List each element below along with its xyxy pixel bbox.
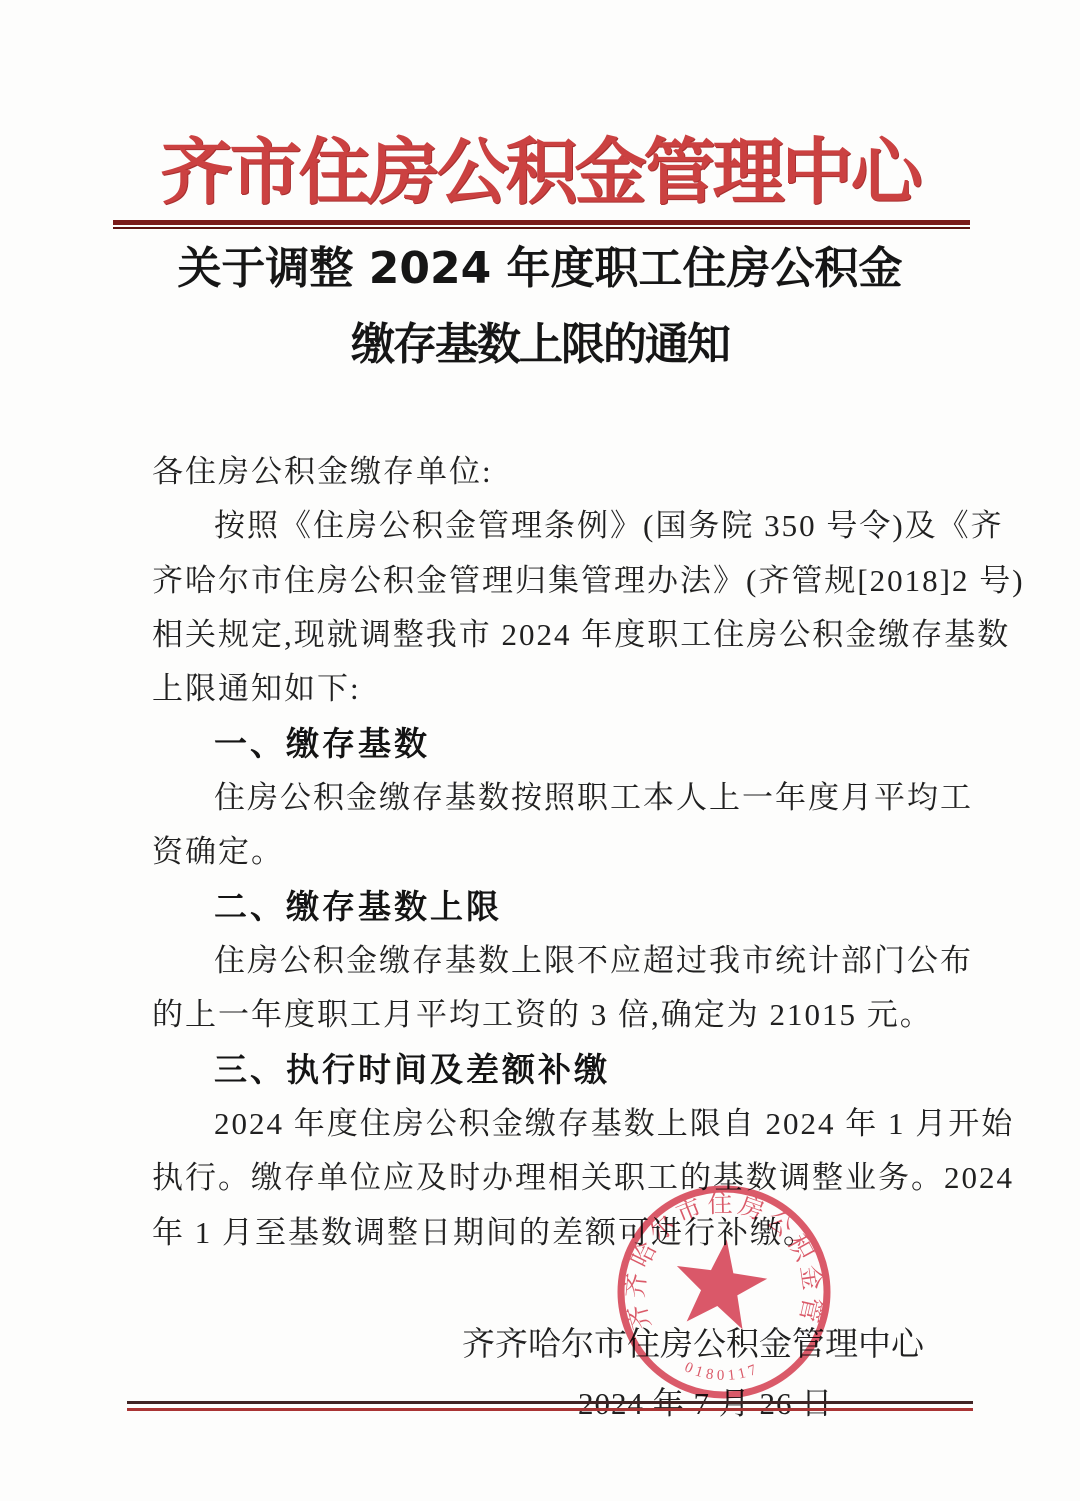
body-line: 齐哈尔市住房公积金管理归集管理办法》(齐管规[2018]2 号)	[152, 561, 972, 605]
body-line: 资确定。	[152, 832, 972, 876]
seal-number: 0180117	[682, 1359, 763, 1384]
scanned-official-notice: 齐市住房公积金管理中心 关于调整 2024 年度职工住房公积金 缴存基数上限的通…	[0, 0, 1080, 1501]
document-title-line2: 缴存基数上限的通知	[0, 308, 1080, 372]
seal-arc-text: 齐齐哈尔市住房公积金管理中心	[604, 1182, 827, 1333]
divider-thick-line	[113, 220, 970, 225]
letterhead-divider	[113, 220, 970, 230]
footer-dark-line	[127, 1401, 973, 1404]
body-line: 上限通知如下:	[152, 669, 972, 713]
seal-number-holder: 0180117	[682, 1359, 763, 1384]
section-heading-2: 二、缴存基数上限	[214, 887, 1034, 931]
body-line: 相关规定,现就调整我市 2024 年度职工住房公积金缴存基数	[152, 615, 972, 659]
section-heading-3: 三、执行时间及差额补缴	[214, 1050, 1034, 1094]
letterhead-title: 齐市住房公积金管理中心	[0, 126, 1080, 218]
footer-divider	[127, 1401, 973, 1413]
red-star-icon	[669, 1233, 771, 1332]
body-line: 年 1 月至基数调整日期间的差额可进行补缴。	[152, 1213, 972, 1257]
seal-arc-text-holder: 齐齐哈尔市住房公积金管理中心	[604, 1182, 827, 1333]
salutation-line: 各住房公积金缴存单位:	[152, 452, 972, 496]
body-line: 执行。缴存单位应及时办理相关职工的基数调整业务。2024	[152, 1158, 972, 1202]
official-seal-stamp: 齐齐哈尔市住房公积金管理中心 0180117	[604, 1182, 844, 1422]
body-line: 住房公积金缴存基数上限不应超过我市统计部门公布	[214, 941, 1034, 985]
footer-red-line	[127, 1408, 973, 1411]
divider-thin-line	[113, 227, 970, 229]
body-line: 2024 年度住房公积金缴存基数上限自 2024 年 1 月开始	[214, 1104, 1034, 1148]
body-line: 的上一年度职工月平均工资的 3 倍,确定为 21015 元。	[152, 995, 972, 1039]
body-line: 按照《住房公积金管理条例》(国务院 350 号令)及《齐	[214, 506, 1034, 550]
document-title-line1: 关于调整 2024 年度职工住房公积金	[0, 232, 1080, 296]
body-line: 住房公积金缴存基数按照职工本人上一年度月平均工	[214, 778, 1034, 822]
section-heading-1: 一、缴存基数	[214, 724, 1034, 768]
